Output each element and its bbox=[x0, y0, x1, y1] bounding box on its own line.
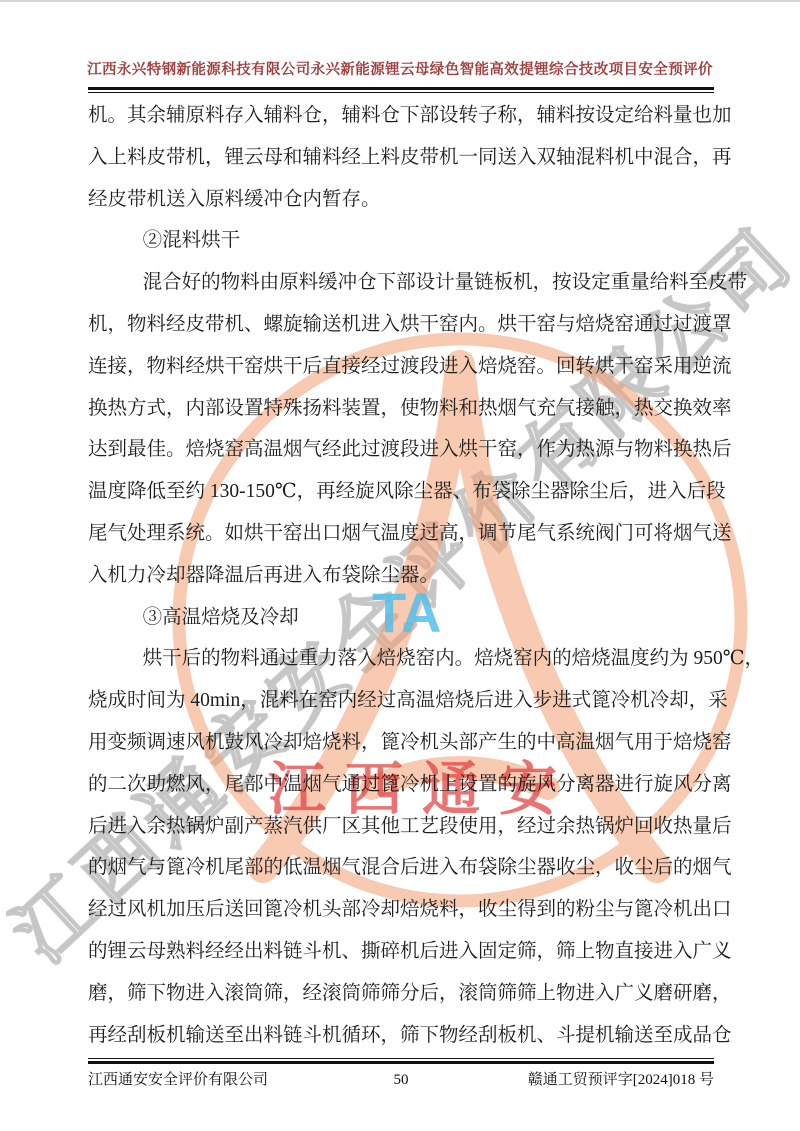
body-line: 连接，物料经烘干窑烘干后直接经过渡段进入焙烧窑。回转烘干窑采用逆流 bbox=[88, 346, 714, 388]
body-line: 后进入余热锅炉副产蒸汽供厂区其他工艺段使用，经过余热锅炉回收热量后 bbox=[88, 806, 714, 848]
header-rule bbox=[88, 87, 714, 93]
footer-rule bbox=[88, 1058, 714, 1064]
body-heading: ②混料烘干 bbox=[88, 220, 714, 262]
footer-page-number: 50 bbox=[394, 1072, 409, 1089]
body-line: 烘干后的物料通过重力落入焙烧窑内。焙烧窑内的焙烧温度约为 950℃， bbox=[88, 638, 714, 680]
body-heading: ③高温焙烧及冷却 bbox=[88, 597, 714, 639]
body-line: 入机力冷却器降温后再进入布袋除尘器。 bbox=[88, 555, 714, 597]
body-line: 用变频调速风机鼓风冷却焙烧料，篦冷机头部产生的中高温烟气用于焙烧窑 bbox=[88, 722, 714, 764]
body-line: 入上料皮带机，锂云母和辅料经上料皮带机一同送入双轴混料机中混合，再 bbox=[88, 137, 714, 179]
body-line: 的锂云母熟料经经出料链斗机、撕碎机后进入固定筛，筛上物直接进入广义 bbox=[88, 931, 714, 973]
body-text: 机。其余辅原料存入辅料仓，辅料仓下部设转子称，辅料按设定给料量也加 入上料皮带机… bbox=[88, 95, 714, 1056]
body-line: 达到最佳。焙烧窑高温烟气经此过渡段进入烘干窑，作为热源与物料换热后 bbox=[88, 429, 714, 471]
body-line: 机。其余辅原料存入辅料仓，辅料仓下部设转子称，辅料按设定给料量也加 bbox=[88, 95, 714, 137]
document-page: 江西通安安全评价有限公司 TA 江西通安 江西永兴特钢新能源科技有限公司永兴新能… bbox=[0, 0, 800, 1131]
body-line: 磨，筛下物进入滚筒筛，经滚筒筛筛分后，滚筒筛筛上物进入广义磨研磨， bbox=[88, 973, 714, 1015]
body-line: 的二次助燃风，尾部中温烟气通过篦冷机上设置的旋风分离器进行旋风分离 bbox=[88, 764, 714, 806]
body-line: 经皮带机送入原料缓冲仓内暂存。 bbox=[88, 179, 714, 221]
footer-company-name: 江西通安安全评价有限公司 bbox=[88, 1068, 394, 1089]
body-line: 的烟气与篦冷机尾部的低温烟气混合后进入布袋除尘器收尘，收尘后的烟气 bbox=[88, 847, 714, 889]
page-content: 江西永兴特钢新能源科技有限公司永兴新能源锂云母绿色智能高效提锂综合技改项目安全预… bbox=[0, 2, 800, 1131]
body-line: 机，物料经皮带机、螺旋输送机进入烘干窑内。烘干窑与焙烧窑通过过渡罩 bbox=[88, 304, 714, 346]
body-line: 烧成时间为 40min，混料在窑内经过高温焙烧后进入步进式篦冷机冷却，采 bbox=[88, 680, 714, 722]
footer-doc-number: 赣通工贸预评字[2024]018 号 bbox=[409, 1068, 715, 1089]
body-line: 再经刮板机输送至出料链斗机循环，筛下物经刮板机、斗提机输送至成品仓 bbox=[88, 1015, 714, 1057]
body-line: 尾气处理系统。如烘干窑出口烟气温度过高，调节尾气系统阀门可将烟气送 bbox=[88, 513, 714, 555]
body-line: 温度降低至约 130-150℃，再经旋风除尘器、布袋除尘器除尘后，进入后段 bbox=[88, 471, 714, 513]
page-header-title: 江西永兴特钢新能源科技有限公司永兴新能源锂云母绿色智能高效提锂综合技改项目安全预… bbox=[60, 58, 740, 79]
body-line: 混合好的物料由原料缓冲仓下部设计量链板机，按设定重量给料至皮带 bbox=[88, 262, 714, 304]
page-footer: 江西通安安全评价有限公司 50 赣通工贸预评字[2024]018 号 bbox=[88, 1068, 714, 1089]
body-line: 换热方式，内部设置特殊扬料装置，使物料和热烟气充气接触，热交换效率 bbox=[88, 388, 714, 430]
body-line: 经过风机加压后送回篦冷机头部冷却焙烧料，收尘得到的粉尘与篦冷机出口 bbox=[88, 889, 714, 931]
